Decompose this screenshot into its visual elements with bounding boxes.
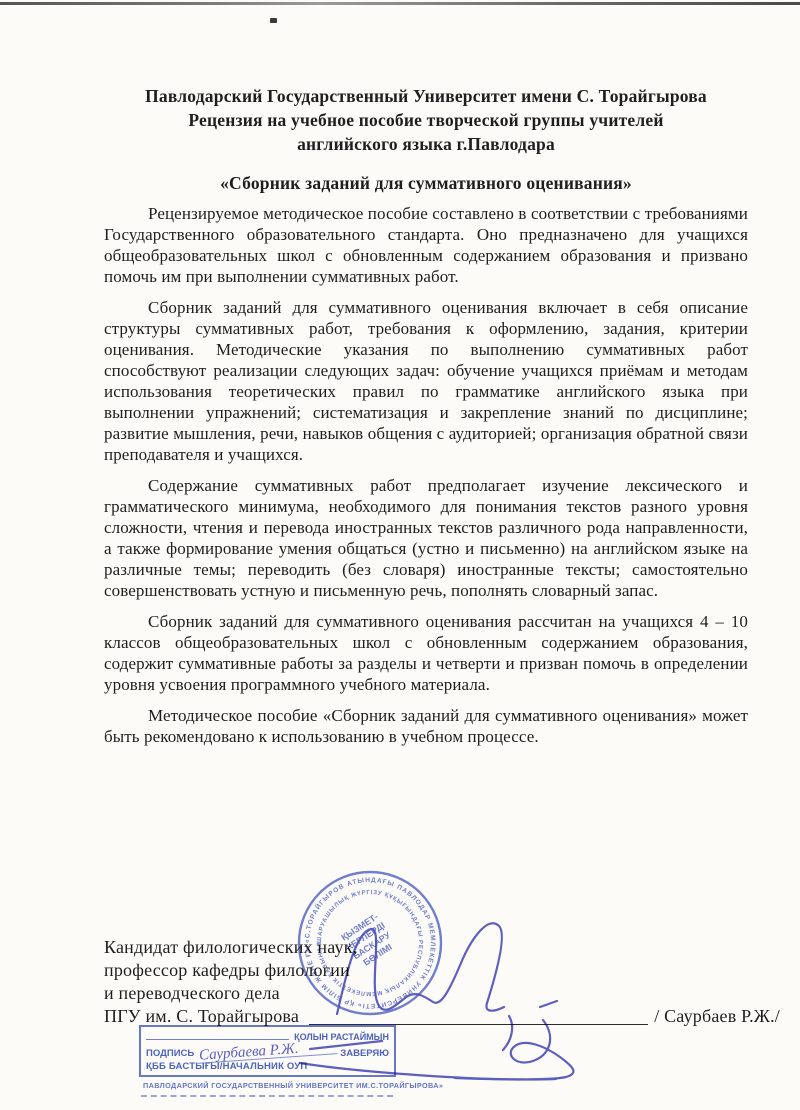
rect-stamp: ҚОЛЫН РАСТАЙМЫН ПОДПИСЬ Саурбаева Р.Ж. З… <box>139 1025 396 1077</box>
rect-stamp-podpis-label: ПОДПИСЬ <box>146 1048 194 1059</box>
rect-stamp-row2: ПОДПИСЬ Саурбаева Р.Ж. ЗАВЕРЯЮ <box>146 1042 389 1059</box>
rect-stamp-footer: ПАВЛОДАРСКИЙ ГОСУДАРСТВЕННЫЙ УНИВЕРСИТЕТ… <box>143 1081 403 1090</box>
scan-edge-artifact <box>0 2 800 5</box>
rect-stamp-dashed-border <box>141 1095 393 1097</box>
document-title: Павлодарский Государственный Университет… <box>104 84 748 156</box>
rect-stamp-zaveryayu-label: ЗАВЕРЯЮ <box>340 1048 389 1059</box>
book-title: «Сборник заданий для суммативного оценив… <box>104 171 748 195</box>
title-line-city: английского языка г.Павлодара <box>104 132 748 156</box>
rect-stamp-row3: ҚББ БАСТЫҒЫ/НАЧАЛЬНИК ОУП <box>146 1061 389 1072</box>
scanned-review-document: Павлодарский Государственный Университет… <box>0 0 800 1110</box>
signer-degree: Кандидат филологических наук, <box>104 936 784 959</box>
reviewer-name: / Саурбаев Р.Ж./ <box>654 1005 780 1028</box>
rect-stamp-row1: ҚОЛЫН РАСТАЙМЫН <box>146 1028 389 1042</box>
signer-position: профессор кафедры филологии <box>104 959 784 982</box>
paragraph-3: Содержание суммативных работ предполагае… <box>104 475 748 601</box>
scan-speck <box>270 18 277 23</box>
signature-line <box>309 1008 648 1025</box>
paragraph-2: Сборник заданий для суммативного оценива… <box>104 297 748 465</box>
signer-department: и переводческого дела <box>104 982 784 1005</box>
title-line-university: Павлодарский Государственный Университет… <box>104 84 748 108</box>
paragraph-1: Рецензируемое методическое пособие соста… <box>104 203 748 287</box>
rect-stamp-blank-line <box>146 1039 289 1040</box>
signature-block: Кандидат филологических наук, профессор … <box>104 936 784 1028</box>
paragraph-5: Методическое пособие «Сборник заданий дл… <box>104 705 748 747</box>
paragraph-4: Сборник заданий для суммативного оценива… <box>104 611 748 695</box>
document-body: Павлодарский Государственный Университет… <box>104 84 748 757</box>
title-line-review: Рецензия на учебное пособие творческой г… <box>104 108 748 132</box>
